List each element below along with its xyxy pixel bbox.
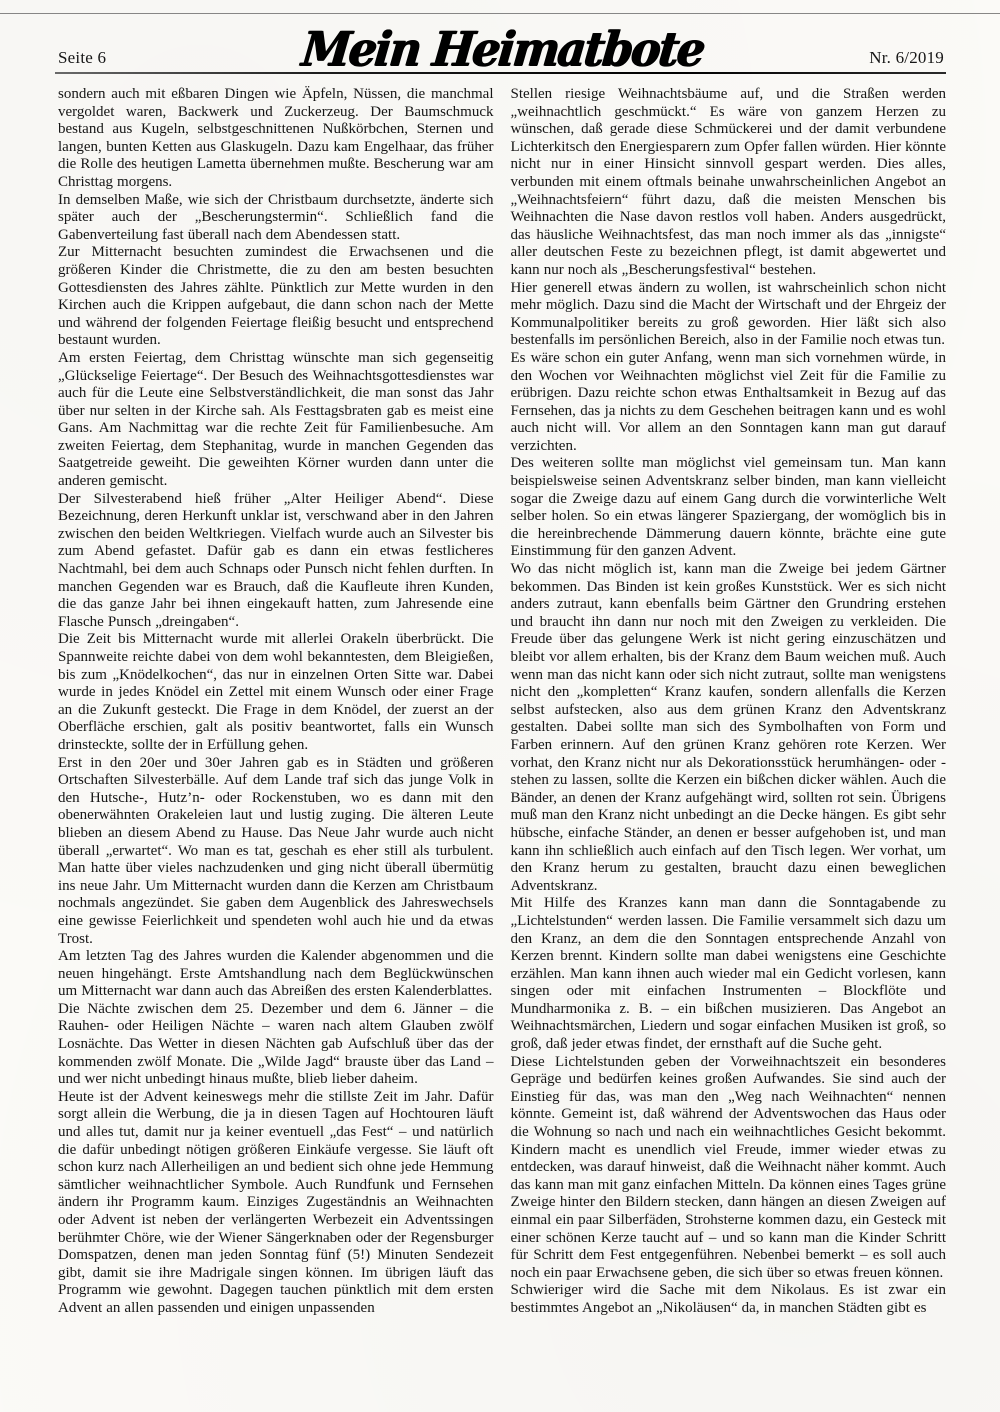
paragraph: Stellen riesige Weihnachtsbäume auf, und… <box>511 86 947 280</box>
right-column: Stellen riesige Weihnachtsbäume auf, und… <box>511 86 947 1412</box>
paragraph: Am ersten Feiertag, dem Christtag wünsch… <box>58 350 494 491</box>
article-body: sondern auch mit eßbaren Dingen wie Äpfe… <box>58 86 946 1412</box>
paragraph: Schwieriger wird die Sache mit dem Nikol… <box>511 1282 947 1317</box>
paragraph: sondern auch mit eßbaren Dingen wie Äpfe… <box>58 86 494 192</box>
paragraph: Der Silvesterabend hieß früher „Alter He… <box>58 491 494 632</box>
page-header: Seite 6 Mein Heimatbote Nr. 6/2019 <box>0 0 1000 74</box>
paragraph: Am letzten Tag des Jahres wurden die Kal… <box>58 948 494 1001</box>
masthead-title: Mein Heimatbote <box>0 26 1000 74</box>
newspaper-page: Seite 6 Mein Heimatbote Nr. 6/2019 sonde… <box>0 0 1000 1412</box>
paragraph: Wo das nicht möglich ist, kann man die Z… <box>511 561 947 895</box>
paragraph: Diese Lichtelstunden geben der Vorweihna… <box>511 1054 947 1283</box>
paragraph: Erst in den 20er und 30er Jahren gab es … <box>58 755 494 949</box>
paragraph: Die Zeit bis Mitternacht wurde mit aller… <box>58 631 494 754</box>
issue-number-label: Nr. 6/2019 <box>869 48 944 68</box>
left-column: sondern auch mit eßbaren Dingen wie Äpfe… <box>58 86 494 1412</box>
paragraph: Heute ist der Advent keineswegs mehr die… <box>58 1089 494 1318</box>
paragraph: Zur Mitternacht besuchten zumindest die … <box>58 244 494 350</box>
paragraph: Die Nächte zwischen dem 25. Dezember und… <box>58 1001 494 1089</box>
paragraph: Es wäre schon ein guter Anfang, wenn man… <box>511 350 947 456</box>
paragraph: In demselben Maße, wie sich der Christba… <box>58 192 494 245</box>
paragraph: Mit Hilfe des Kranzes kann man dann die … <box>511 895 947 1053</box>
paragraph: Des weiteren sollte man möglichst viel g… <box>511 455 947 561</box>
paragraph: Hier generell etwas ändern zu wollen, is… <box>511 280 947 350</box>
header-divider-rule <box>55 72 946 74</box>
